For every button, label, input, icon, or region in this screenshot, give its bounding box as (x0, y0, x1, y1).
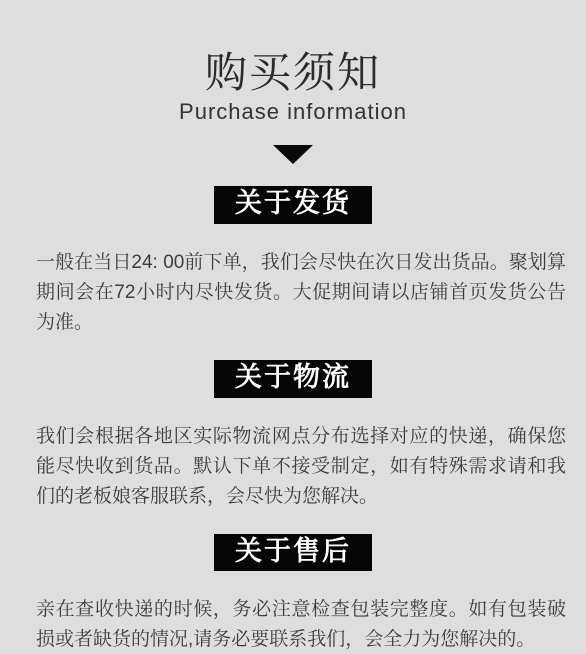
section-heading-row: 关于售后 (0, 534, 586, 572)
section-heading-row: 关于发货 (0, 186, 586, 224)
page-title: 购买须知 (0, 50, 586, 96)
section-logistics: 关于物流 我们会根据各地区实际物流网点分布选择对应的快递，确保您能尽快收到货品。… (0, 360, 586, 512)
section-body-aftersales: 亲在查收快递的时候，务必注意检查包装完整度。如有包装破损或者缺货的情况,请务必要… (36, 595, 566, 654)
section-body-shipping: 一般在当日24: 00前下单，我们会尽快在次日发出货品。聚划算期间会在72小时内… (36, 248, 566, 338)
page-subtitle: Purchase information (0, 99, 586, 125)
section-heading-logistics: 关于物流 (214, 360, 372, 398)
section-heading-row: 关于物流 (0, 360, 586, 398)
arrow-down-icon (273, 145, 313, 164)
section-heading-shipping: 关于发货 (214, 186, 372, 224)
section-heading-aftersales: 关于售后 (214, 534, 372, 572)
section-shipping: 关于发货 一般在当日24: 00前下单，我们会尽快在次日发出货品。聚划算期间会在… (0, 186, 586, 338)
section-body-logistics: 我们会根据各地区实际物流网点分布选择对应的快递，确保您能尽快收到货品。默认下单不… (36, 422, 566, 512)
purchase-information-panel: 购买须知 Purchase information 关于发货 一般在当日24: … (0, 0, 586, 654)
section-aftersales: 关于售后 亲在查收快递的时候，务必注意检查包装完整度。如有包装破损或者缺货的情况… (0, 534, 586, 654)
page-header: 购买须知 Purchase information (0, 0, 586, 164)
